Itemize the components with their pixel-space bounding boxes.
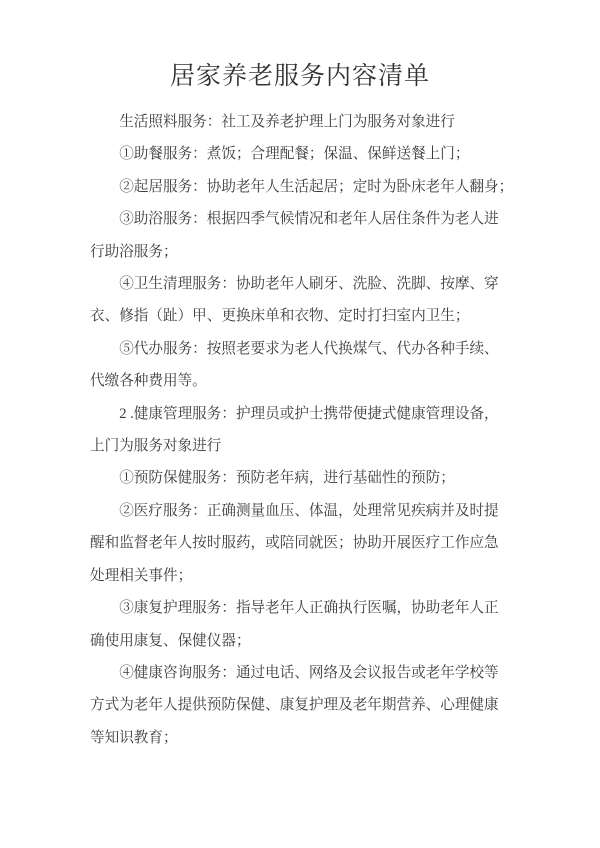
- document-paragraph: ④卫生清理服务：协助老年人刷牙、洗脸、洗脚、按摩、穿衣、修指（趾）甲、更换床单和…: [90, 268, 510, 333]
- document-paragraph: ③康复护理服务：指导老年人正确执行医嘱，协助老年人正确使用康复、保健仪器；: [90, 592, 510, 657]
- document-paragraph: 2 .健康管理服务：护理员或护士携带便捷式健康管理设备，上门为服务对象进行: [90, 398, 510, 463]
- document-paragraph: ①助餐服务：煮饭；合理配餐；保温、保鲜送餐上门；: [90, 138, 510, 170]
- document-title: 居家养老服务内容清单: [0, 60, 600, 94]
- document-paragraph: 生活照料服务：社工及养老护理上门为服务对象进行: [90, 106, 510, 138]
- document-paragraph: ①预防保健服务：预防老年病，进行基础性的预防；: [90, 462, 510, 494]
- document-page: 居家养老服务内容清单 生活照料服务：社工及养老护理上门为服务对象进行 ①助餐服务…: [0, 0, 600, 848]
- document-paragraph: ②医疗服务：正确测量血压、体温，处理常见疾病并及时提醒和监督老年人按时服药，或陪…: [90, 495, 510, 592]
- document-body: 生活照料服务：社工及养老护理上门为服务对象进行 ①助餐服务：煮饭；合理配餐；保温…: [90, 106, 510, 754]
- document-paragraph: ③助浴服务：根据四季气候情况和老年人居住条件为老人进行助浴服务；: [90, 203, 510, 268]
- document-paragraph: ⑤代办服务：按照老要求为老人代换煤气、代办各种手续、代缴各种费用等。: [90, 333, 510, 398]
- document-paragraph: ②起居服务：协助老年人生活起居；定时为卧床老年人翻身；: [90, 171, 510, 203]
- document-paragraph: ④健康咨询服务：通过电话、网络及会议报告或老年学校等方式为老年人提供预防保健、康…: [90, 657, 510, 754]
